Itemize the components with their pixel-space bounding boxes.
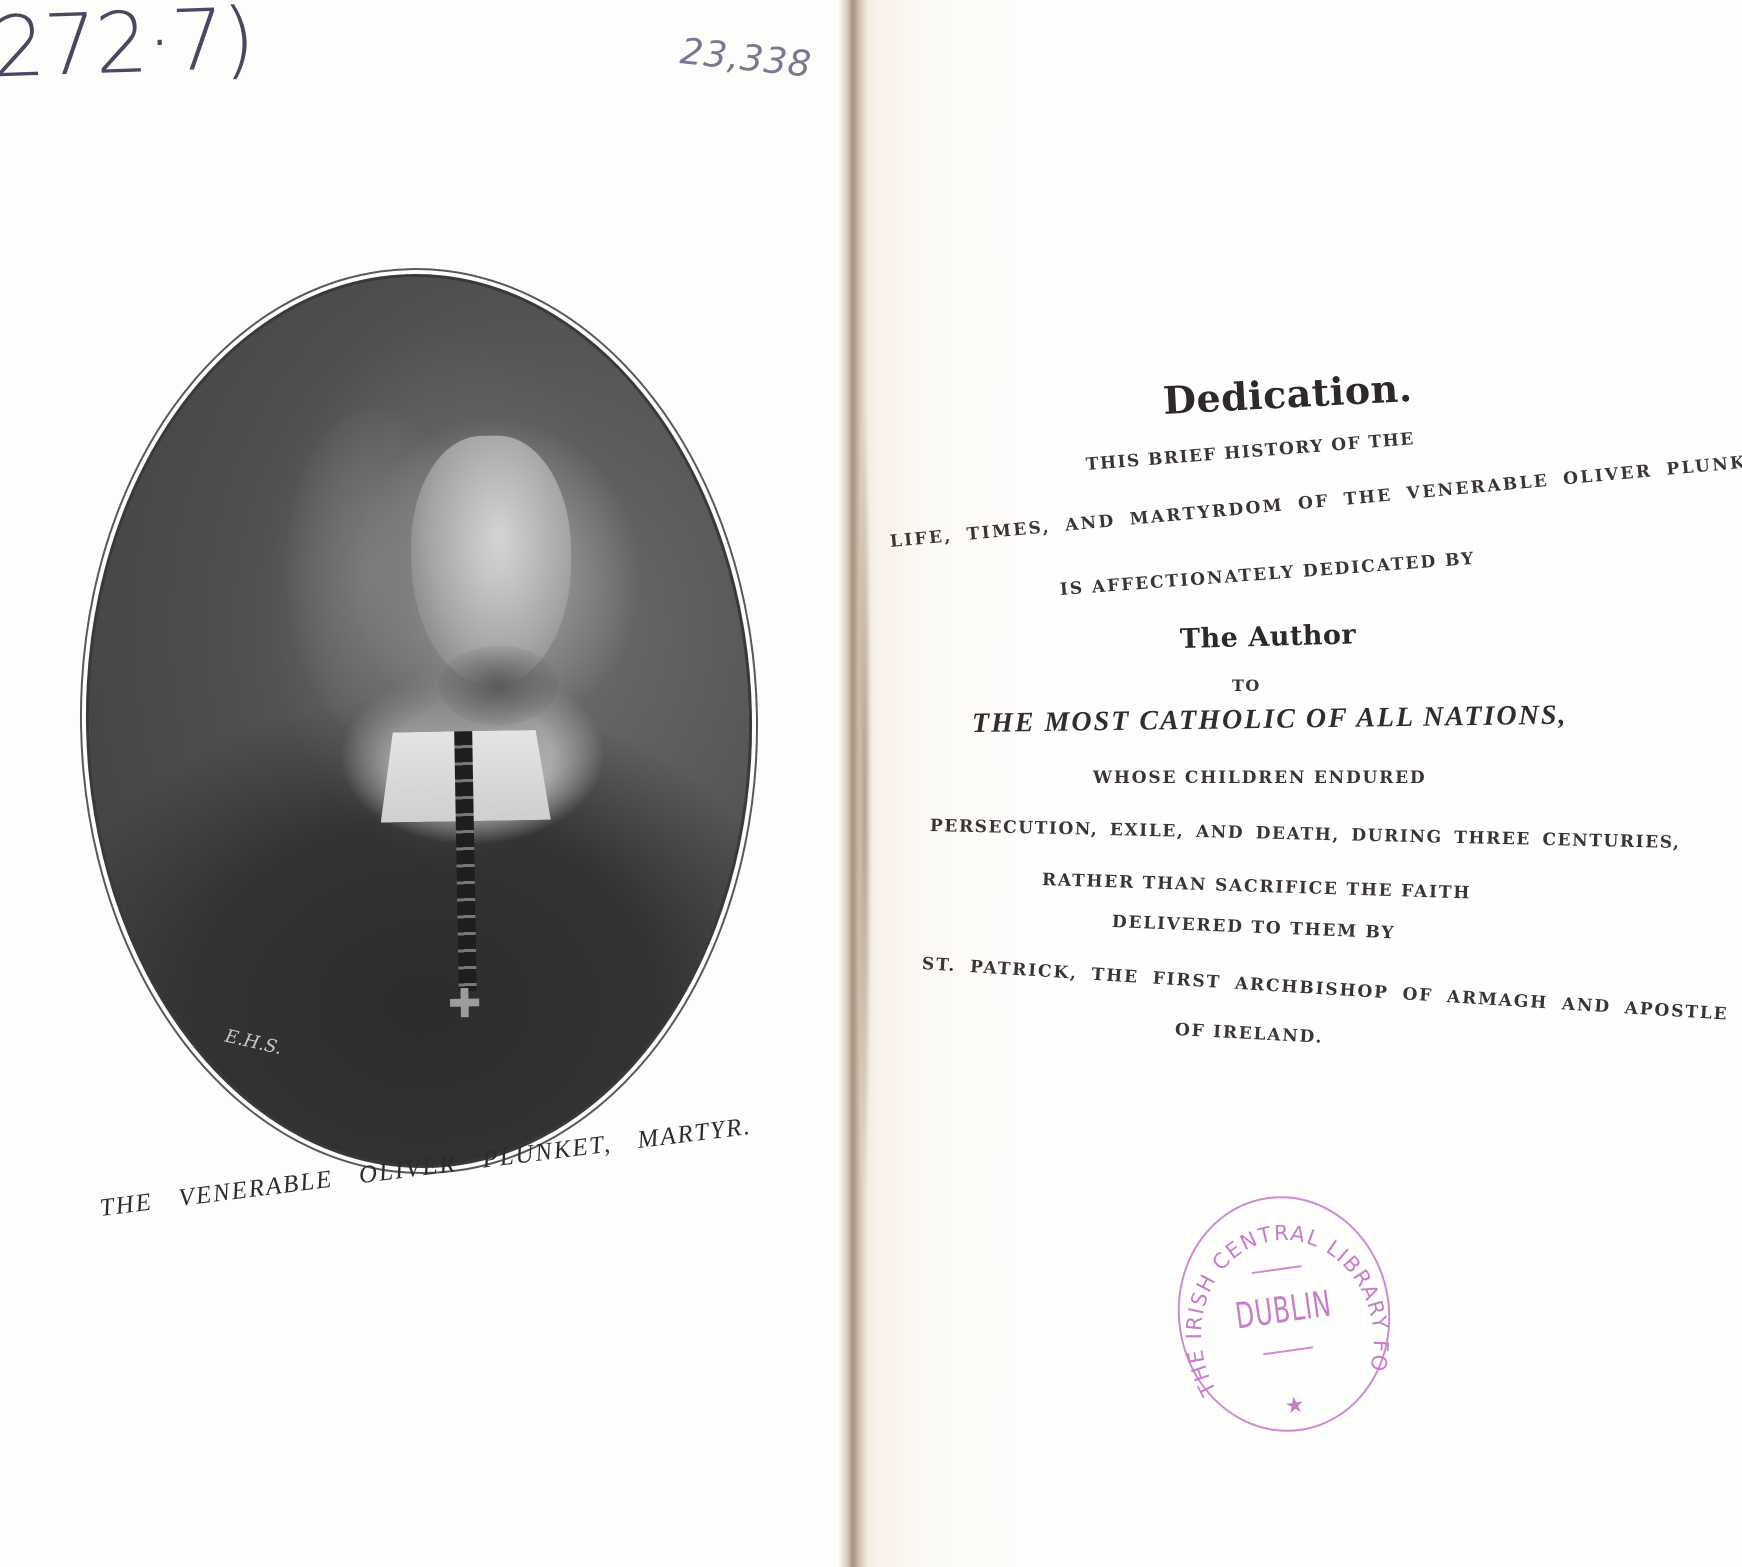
portrait-beard xyxy=(438,645,559,727)
cross-icon: ✚ xyxy=(448,981,482,1028)
handwritten-accession-number: 23,338 xyxy=(678,31,814,86)
portrait-oval: ✚ E.H.S. xyxy=(78,268,760,1173)
dedication-author: The Author xyxy=(1180,619,1357,655)
library-stamp: THE IRISH CENTRAL LIBRARY FOR STUDENTS D… xyxy=(1163,1182,1406,1445)
handwritten-shelfmark: 272·7) xyxy=(0,0,255,97)
engraver-mark: E.H.S. xyxy=(223,1026,284,1059)
dedication-to: TO xyxy=(1232,676,1261,695)
left-page: 272·7) 23,338 ✚ E.H.S. THE VENERABLE OLI… xyxy=(0,0,850,1567)
star-icon: ★ xyxy=(1283,1392,1306,1420)
dedication-line-6: WHOSE CHILDREN ENDURED xyxy=(1093,768,1426,788)
gutter-shadow xyxy=(858,400,872,1200)
